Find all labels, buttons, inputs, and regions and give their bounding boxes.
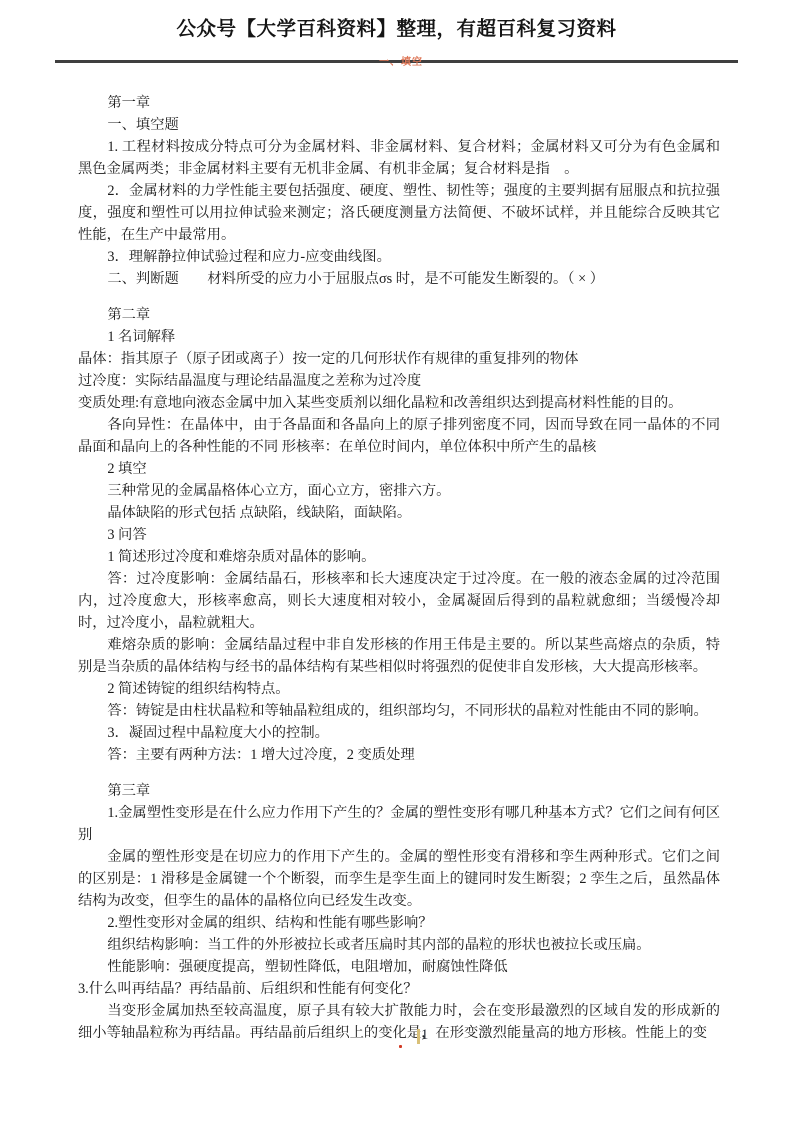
page-number-highlight [417,1029,420,1044]
paragraph: 晶体：指其原子（原子团或离子）按一定的几何形状作有规律的重复排列的物体 [78,348,720,370]
paragraph: 三种常见的金属晶格体心立方，面心立方，密排六方。 [78,480,720,502]
paragraph: 1. 工程材料按成分特点可分为金属材料、非金属材料、复合材料；金属材料又可分为有… [78,136,720,180]
paragraph: 2 简述铸锭的组织结构特点。 [78,678,720,700]
paragraph: 1.金属塑性变形是在什么应力作用下产生的？金属的塑性变形有哪几种基本方式？它们之… [78,802,720,846]
page-number: 1 [421,1027,428,1044]
paragraph: 过冷度：实际结晶温度与理论结晶温度之差称为过冷度 [78,370,720,392]
section-chapter-2: 第二章1 名词解释晶体：指其原子（原子团或离子）按一定的几何形状作有规律的重复排… [78,304,720,766]
paragraph: 性能影响：强硬度提高，塑韧性降低，电阻增加，耐腐蚀性降低 [78,956,720,978]
paragraph: 3．凝固过程中晶粒度大小的控制。 [78,722,720,744]
paragraph: 2.塑性变形对金属的组织、结构和性能有哪些影响？ [78,912,720,934]
paragraph: 组织结构影响：当工件的外形被拉长或者压扁时其内部的晶粒的形状也被拉长或压扁。 [78,934,720,956]
paragraph: 金属的塑性形变是在切应力的作用下产生的。金属的塑性形变有滑移和孪生两种形式。它们… [78,846,720,912]
document-page: 公众号【大学百科资料】整理，有超百科复习资料 一、填空 第一章一、填空题1. 工… [0,0,793,1122]
paragraph: 1 名词解释 [78,326,720,348]
paragraph: 3.什么叫再结晶？再结晶前、后组织和性能有何变化？ [78,978,720,1000]
document-body: 第一章一、填空题1. 工程材料按成分特点可分为金属材料、非金属材料、复合材料；金… [78,92,720,1044]
paragraph: 第三章 [78,780,720,802]
paragraph: 一、填空题 [78,114,720,136]
paragraph: 2．金属材料的力学性能主要包括强度、硬度、塑性、韧性等；强度的主要判据有屈服点和… [78,180,720,246]
paragraph: 第二章 [78,304,720,326]
paragraph: 2 填空 [78,458,720,480]
paragraph: 答：主要有两种方法：1 增大过冷度，2 变质处理 [78,744,720,766]
paragraph: 第一章 [78,92,720,114]
paragraph: 3 问答 [78,524,720,546]
paragraph: 晶体缺陷的形式包括 点缺陷，线缺陷，面缺陷。 [78,502,720,524]
section-chapter-3: 第三章1.金属塑性变形是在什么应力作用下产生的？金属的塑性变形有哪几种基本方式？… [78,780,720,1044]
paragraph: 1 简述形过冷度和难熔杂质对晶体的影响。 [78,546,720,568]
annotation-dot [399,1045,402,1048]
paragraph: 变质处理:有意地向液态金属中加入某些变质剂以细化晶粒和改善组织达到提高材料性能的… [78,392,720,414]
paragraph: 答：过冷度影响：金属结晶石，形核率和长大速度决定于过冷度。在一般的液态金属的过冷… [78,568,720,634]
divider-overlay-text: 一、填空 [379,53,423,68]
paragraph: 答：铸锭是由柱状晶粒和等轴晶粒组成的，组织部均匀，不同形状的晶粒对性能由不同的影… [78,700,720,722]
paragraph: 当变形金属加热至较高温度，原子具有较大扩散能力时，会在变形最激烈的区域自发的形成… [78,1000,720,1044]
paragraph: 难熔杂质的影响：金属结晶过程中非自发形核的作用王伟是主要的。所以某些高熔点的杂质… [78,634,720,678]
section-chapter-1: 第一章一、填空题1. 工程材料按成分特点可分为金属材料、非金属材料、复合材料；金… [78,92,720,290]
paragraph: 二、判断题 材料所受的应力小于屈服点σs 时，是不可能发生断裂的。（ × ） [78,268,720,290]
paragraph: 各向异性：在晶体中，由于各晶面和各晶向上的原子排列密度不同，因而导致在同一晶体的… [78,414,720,458]
page-title: 公众号【大学百科资料】整理，有超百科复习资料 [0,13,793,41]
paragraph: 3．理解静拉伸试验过程和应力-应变曲线图。 [78,246,720,268]
